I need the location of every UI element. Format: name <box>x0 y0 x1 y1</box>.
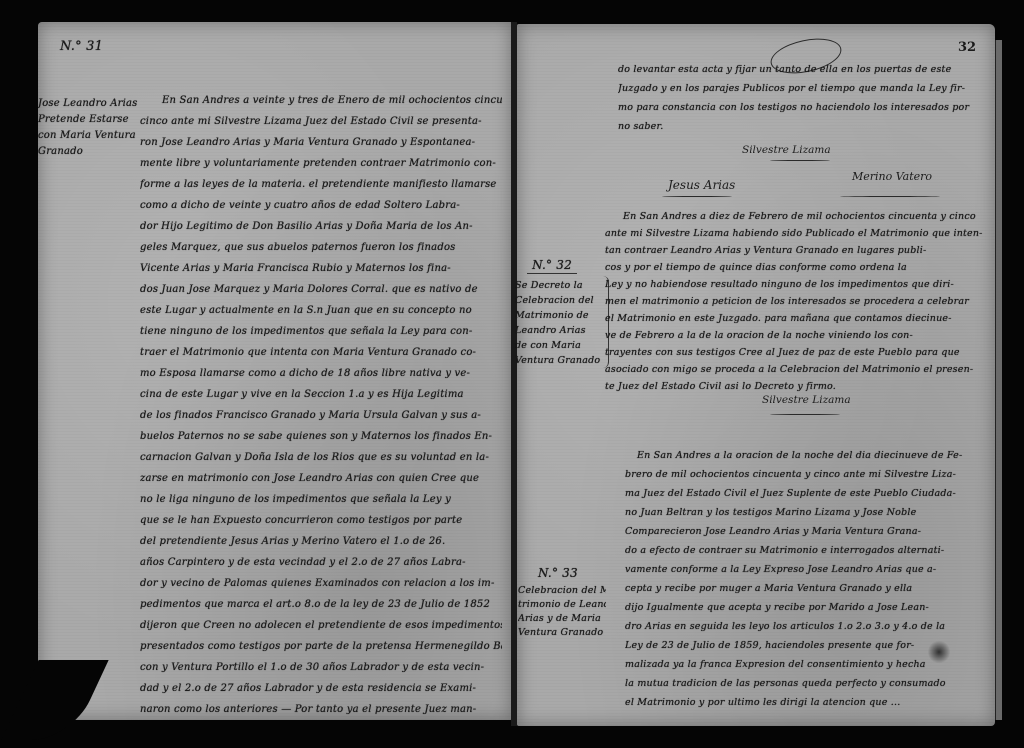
text-line: años Carpintero y de esta vecindad y el … <box>140 552 502 573</box>
text-line: mo para constancia con los testigos no h… <box>618 98 988 117</box>
text-line: Se Decreto la <box>515 278 601 293</box>
text-line: de con Maria <box>515 338 601 353</box>
signature-vatero: Merino Vatero <box>852 170 932 183</box>
record-33-margin-note: N.° 33 Celebracion del Ma-trimonio de Le… <box>518 566 606 640</box>
text-line: cos y por el tiempo de quince dias confo… <box>605 259 990 276</box>
text-line: pedimentos que marca el art.o 8.o de la … <box>140 594 502 615</box>
signature-flourish <box>770 414 840 415</box>
text-line: dijo Igualmente que acepta y recibe por … <box>625 598 990 617</box>
text-line: Vicente Arias y Maria Francisca Rubio y … <box>140 258 502 279</box>
text-line: dor Hijo Legitimo de Don Basilio Arias y… <box>140 216 502 237</box>
text-line: este Lugar y actualmente en la S.n Juan … <box>140 300 502 321</box>
text-line: el Matrimonio en este Juzgado. para maña… <box>605 310 990 327</box>
ink-stain <box>928 640 950 664</box>
text-line: En San Andres a la oracion de la noche d… <box>625 446 990 465</box>
text-line: men el matrimonio a peticion de los inte… <box>605 293 990 310</box>
text-line: Ventura Granado <box>518 626 606 640</box>
record-number-31: N.° 31 <box>60 34 103 59</box>
text-line: En San Andres a diez de Febrero de mil o… <box>605 208 990 225</box>
text-line: asociado con migo se proceda a la Celebr… <box>605 361 990 378</box>
text-line: que se le han Expuesto concurrieron como… <box>140 510 502 531</box>
text-line: trimonio de Leandro <box>518 598 606 612</box>
record-number-33: N.° 33 <box>538 566 606 580</box>
book-scan: N.° 31 Jose Leandro AriasPretende Estars… <box>0 0 1024 748</box>
text-line: carnacion Galvan y Doña Isla de los Rios… <box>140 447 502 468</box>
signature-lizama: Silvestre Lizama <box>742 144 831 156</box>
signature-arias: Jesus Arias <box>668 178 735 192</box>
page-edge <box>995 40 1002 720</box>
text-line: naron como los anteriores — Por tanto ya… <box>140 699 502 720</box>
text-line: vamente conforme a la Ley Expreso Jose L… <box>625 560 990 579</box>
text-line: Arias y de Maria <box>518 612 606 626</box>
text-line: forme a las leyes de la materia. el pret… <box>140 174 502 195</box>
text-line: ma Juez del Estado Civil el Juez Suplent… <box>625 484 990 503</box>
signature-lizama-32: Silvestre Lizama <box>762 394 851 406</box>
text-line: traer el Matrimonio que intenta con Mari… <box>140 342 502 363</box>
text-line: dad y el 2.o de 27 años Labrador y de es… <box>140 678 502 699</box>
text-line: dro Arias en seguida les leyo los articu… <box>625 617 990 636</box>
text-line: Jose Leandro Arias <box>38 96 138 112</box>
text-line: Ventura Granado <box>515 353 601 368</box>
text-line: Juzgado y en los parajes Publicos por el… <box>618 79 988 98</box>
text-line: geles Marquez, que sus abuelos paternos … <box>140 237 502 258</box>
text-line: con y Ventura Portillo el 1.o de 30 años… <box>140 657 502 678</box>
folio-number: 32 <box>958 40 976 55</box>
text-line: zarse en matrimonio con Jose Leandro Ari… <box>140 468 502 489</box>
record-32-margin-note: N.° 32 Se Decreto laCelebracion delMatri… <box>515 258 601 368</box>
text-line: Leandro Arias <box>515 323 601 338</box>
text-line: Comparecieron Jose Leandro Arias y Maria… <box>625 522 990 541</box>
record-31-continuation: do levantar esta acta y fijar un tanto d… <box>618 60 988 136</box>
text-line: el Matrimonio y por ultimo les dirigi la… <box>625 693 990 712</box>
text-line: como a dicho de veinte y cuatro años de … <box>140 195 502 216</box>
text-line: tan contraer Leandro Arias y Ventura Gra… <box>605 242 990 259</box>
text-line: cepta y recibe por muger a Maria Ventura… <box>625 579 990 598</box>
text-line: del pretendiente Jesus Arias y Merino Va… <box>140 531 502 552</box>
text-line: buelos Paternos no se sabe quienes son y… <box>140 426 502 447</box>
text-line: Pretende Estarse <box>38 112 138 128</box>
text-line: cina de este Lugar y vive en la Seccion … <box>140 384 502 405</box>
text-line: dos Juan Jose Marquez y Maria Dolores Co… <box>140 279 502 300</box>
text-line: dor y vecino de Palomas quienes Examinad… <box>140 573 502 594</box>
text-line: con Maria Ventura <box>38 128 138 144</box>
text-line: tiene ninguno de los impedimentos que se… <box>140 321 502 342</box>
text-line: Celebracion del Ma- <box>518 584 606 598</box>
record-31-body: En San Andres a veinte y tres de Enero d… <box>140 90 502 720</box>
text-line: Ley y no habiendose resultado ninguno de… <box>605 276 990 293</box>
left-margin-note: Jose Leandro AriasPretende Estarsecon Ma… <box>38 96 138 160</box>
text-line: trayentes con sus testigos Cree al Juez … <box>605 344 990 361</box>
text-line: ante mi Silvestre Lizama habiendo sido P… <box>605 225 990 242</box>
record-33-body: En San Andres a la oracion de la noche d… <box>625 446 990 712</box>
text-line: dijeron que Creen no adolecen el pretend… <box>140 615 502 636</box>
text-line: Celebracion del <box>515 293 601 308</box>
text-line: de los finados Francisco Granado y Maria… <box>140 405 502 426</box>
record-number-32: N.° 32 <box>527 258 577 274</box>
text-line: presentados como testigos por parte de l… <box>140 636 502 657</box>
text-line: ve de Febrero a la de la oracion de la n… <box>605 327 990 344</box>
record-32-body: En San Andres a diez de Febrero de mil o… <box>605 208 990 395</box>
text-line: mente libre y voluntariamente pretenden … <box>140 153 502 174</box>
text-line: do a efecto de contraer su Matrimonio e … <box>625 541 990 560</box>
text-line: ron Jose Leandro Arias y Maria Ventura G… <box>140 132 502 153</box>
signature-flourish <box>840 196 940 197</box>
text-line: do levantar esta acta y fijar un tanto d… <box>618 60 988 79</box>
text-line: mo Esposa llamarse como a dicho de 18 añ… <box>140 363 502 384</box>
book-gutter <box>511 22 517 726</box>
text-line: no le liga ninguno de los impedimentos q… <box>140 489 502 510</box>
text-line: no Juan Beltran y los testigos Marino Li… <box>625 503 990 522</box>
text-line: cinco ante mi Silvestre Lizama Juez del … <box>140 111 502 132</box>
text-line: brero de mil ochocientos cincuenta y cin… <box>625 465 990 484</box>
text-line: te Juez del Estado Civil asi lo Decreto … <box>605 378 990 395</box>
signature-flourish <box>662 196 732 197</box>
text-line: no saber. <box>618 117 988 136</box>
text-line: En San Andres a veinte y tres de Enero d… <box>140 90 502 111</box>
text-line: Granado <box>38 144 138 160</box>
signature-flourish <box>770 160 830 161</box>
text-line: Matrimonio de <box>515 308 601 323</box>
text-line: la mutua tradicion de las personas queda… <box>625 674 990 693</box>
